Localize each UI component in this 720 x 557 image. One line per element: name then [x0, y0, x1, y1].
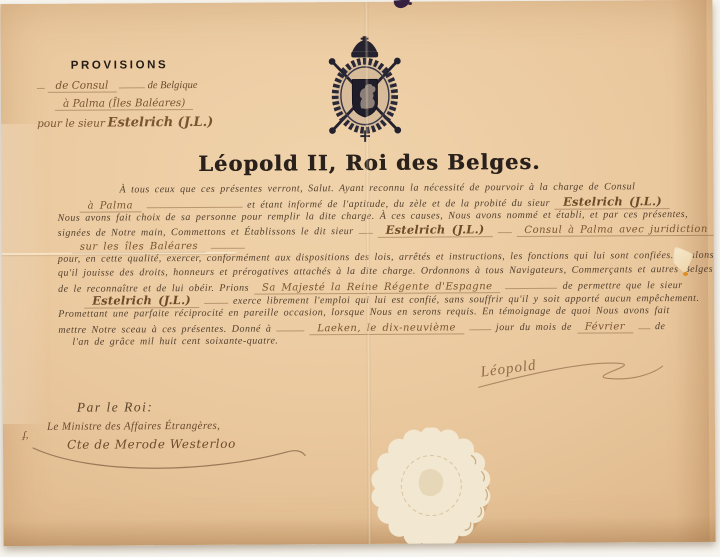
body-line: mettre Notre sceau à ces présentes. Donn…: [58, 318, 714, 336]
blank-rule: [119, 77, 145, 88]
document-paper: PROVISIONS de Consul de Belgique à Palma…: [0, 0, 715, 546]
blank-rule: [638, 318, 650, 329]
consul-name: Estelrich (J.L.): [107, 115, 213, 131]
printed-text: l'an de grâce mil huit cent soixante-qua…: [72, 335, 278, 347]
document-title: Léopold II, Roi des Belges.: [19, 148, 715, 177]
blank-rule: [506, 277, 558, 288]
handwritten-entry: à Palma (Îles Baléares): [55, 97, 194, 111]
blank-rule: [276, 320, 304, 331]
belgian-royal-coat-of-arms-icon: [317, 36, 414, 149]
handwritten-entry: Février: [577, 321, 633, 333]
blank-rule: [359, 223, 373, 234]
provisions-block: PROVISIONS de Consul de Belgique à Palma…: [37, 59, 252, 131]
blank-rule: [146, 197, 242, 209]
document-body: À tous ceux que ces présentes verront, S…: [57, 180, 714, 350]
printed-text: de: [655, 321, 666, 332]
embossed-paper-seal-icon: [367, 427, 496, 546]
signature-swash-icon: [23, 440, 323, 487]
ink-mark: ʄ,: [23, 430, 28, 441]
paper-flaw-dot: [683, 272, 688, 276]
minister-title: Le Ministre des Affaires Étrangères,: [47, 420, 236, 433]
handwritten-entry: Consul à Palma avec juridiction: [516, 224, 715, 237]
printed-text: qu'il jouisse des droits, honneurs et pr…: [58, 264, 713, 279]
provisions-line-1: de Consul de Belgique: [37, 77, 252, 92]
blank-rule: [37, 78, 45, 89]
handwritten-entry: pour le sieur: [37, 118, 105, 130]
printed-text: jour du mois de: [496, 322, 572, 333]
provisions-line-2: à Palma (Îles Baléares): [55, 97, 252, 110]
blank-rule: [497, 222, 511, 233]
photo-background: PROVISIONS de Consul de Belgique à Palma…: [0, 0, 720, 557]
blank-rule: [469, 319, 491, 330]
consul-name: Estelrich (J.L.): [378, 223, 493, 239]
provisions-heading: PROVISIONS: [71, 59, 252, 72]
blank-rule: [211, 238, 245, 249]
ink-stain: [408, 2, 412, 5]
signature-flourish-icon: [470, 352, 680, 402]
blank-rule: [204, 293, 228, 304]
par-le-roi: Par le Roi:: [77, 399, 236, 416]
body-line: signées de Notre main, Commettons et Éta…: [58, 221, 714, 239]
printed-text: À tous ceux que ces présentes verront, S…: [119, 181, 635, 195]
provisions-line-3: pour le sieur Estelrich (J.L.): [37, 115, 252, 131]
paper-stain: [4, 516, 716, 546]
printed-text: de Belgique: [148, 80, 198, 91]
handwritten-entry: Laeken, le dix-neuvième: [309, 322, 464, 335]
handwritten-entry: de Consul: [47, 79, 116, 92]
